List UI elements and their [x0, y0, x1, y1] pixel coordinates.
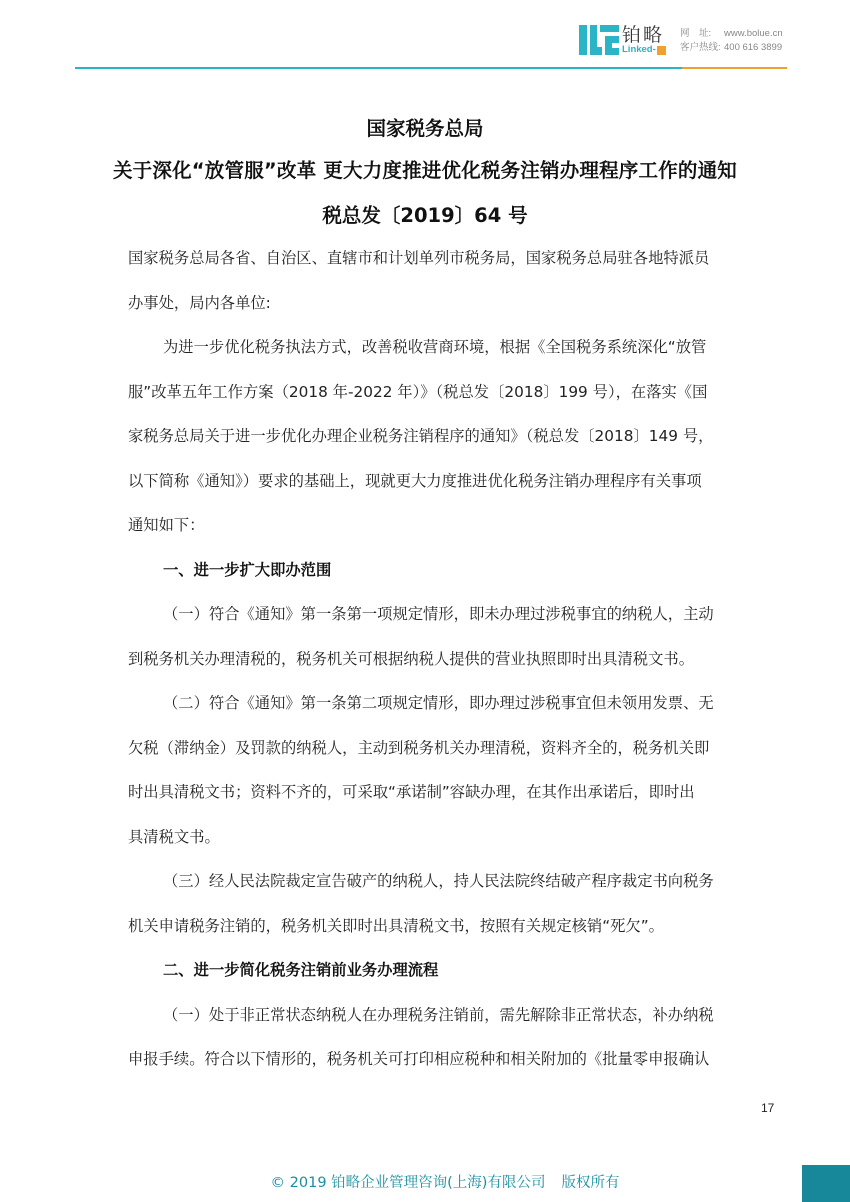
- page-number: 17: [761, 1101, 774, 1115]
- paragraph-line: 到税务机关办理清税的，税务机关可根据纳税人提供的营业执照即时出具清税文书。: [128, 644, 773, 689]
- rights-text: 版权所有: [561, 1175, 619, 1191]
- copyright-text: © 2019 铂略企业管理咨询(上海)有限公司: [271, 1175, 546, 1191]
- logo-f-icon: [657, 46, 666, 55]
- section-heading: 一、进一步扩大即办范围: [128, 555, 773, 600]
- header-divider-teal: [75, 67, 682, 69]
- logo-name-cn: 铂略: [622, 25, 666, 45]
- paragraph-line: 为进一步优化税务执法方式，改善税收营商环境，根据《全国税务系统深化“放管: [128, 332, 773, 377]
- hotline-number: 400 616 3899: [724, 42, 782, 53]
- paragraph-line: 通知如下：: [128, 510, 773, 555]
- paragraph-line: 具清税文书。: [128, 822, 773, 867]
- footer-copyright: © 2019 铂略企业管理咨询(上海)有限公司版权所有: [0, 1171, 850, 1192]
- website-link[interactable]: www.bolue.cn: [724, 28, 783, 39]
- paragraph-line: （二）符合《通知》第一条第二项规定情形，即办理过涉税事宜但未领用发票、无: [128, 688, 773, 733]
- document-body: 国家税务总局各省、自治区、直辖市和计划单列市税务局，国家税务总局驻各地特派员办事…: [128, 243, 773, 1089]
- hotline-label: 客户热线:: [680, 41, 724, 55]
- paragraph-line: 时出具清税文书；资料不齐的，可采取“承诺制”容缺办理，在其作出承诺后，即时出: [128, 777, 773, 822]
- paragraph-line: 机关申请税务注销的，税务机关即时出具清税文书，按照有关规定核销“死欠”。: [128, 911, 773, 956]
- contact-info: 网 址:www.bolue.cn 客户热线:400 616 3899: [680, 27, 783, 55]
- paragraph-line: （一）符合《通知》第一条第一项规定情形，即未办理过涉税事宜的纳税人，主动: [128, 599, 773, 644]
- paragraph-line: 办事处，局内各单位:: [128, 288, 773, 333]
- paragraph-line: 欠税（滞纳金）及罚款的纳税人，主动到税务机关办理清税，资料齐全的，税务机关即: [128, 733, 773, 778]
- document-issuer: 国家税务总局: [0, 116, 850, 142]
- page-header: 铂略 Linked- 网 址:www.bolue.cn 客户热线:400 616…: [0, 0, 850, 72]
- website-label: 网 址:: [680, 27, 724, 41]
- paragraph-line: 服”改革五年工作方案（2018 年-2022 年）》（税总发〔2018〕199 …: [128, 377, 773, 422]
- header-divider-orange: [682, 67, 787, 69]
- logo-name-en: Linked-: [622, 45, 666, 55]
- paragraph-line: 家税务总局关于进一步优化办理企业税务注销程序的通知》（税总发〔2018〕149 …: [128, 421, 773, 466]
- section-heading: 二、进一步简化税务注销前业务办理流程: [128, 955, 773, 1000]
- paragraph-line: （一）处于非正常状态纳税人在办理税务注销前，需先解除非正常状态，补办纳税: [128, 1000, 773, 1045]
- paragraph-line: 国家税务总局各省、自治区、直辖市和计划单列市税务局，国家税务总局驻各地特派员: [128, 243, 773, 288]
- bolue-logo: 铂略 Linked-: [579, 24, 666, 56]
- document-number: 税总发〔2019〕64 号: [0, 203, 850, 229]
- paragraph-line: （三）经人民法院裁定宣告破产的纳税人，持人民法院终结破产程序裁定书向税务: [128, 866, 773, 911]
- logo-mark-icon: [579, 25, 619, 55]
- paragraph-line: 以下简称《通知》）要求的基础上，现就更大力度推进优化税务注销办理程序有关事项: [128, 466, 773, 511]
- footer-color-block: [802, 1165, 850, 1202]
- paragraph-line: 申报手续。符合以下情形的，税务机关可打印相应税种和相关附加的《批量零申报确认: [128, 1044, 773, 1089]
- document-title: 关于深化“放管服”改革 更大力度推进优化税务注销办理程序工作的通知: [0, 158, 850, 184]
